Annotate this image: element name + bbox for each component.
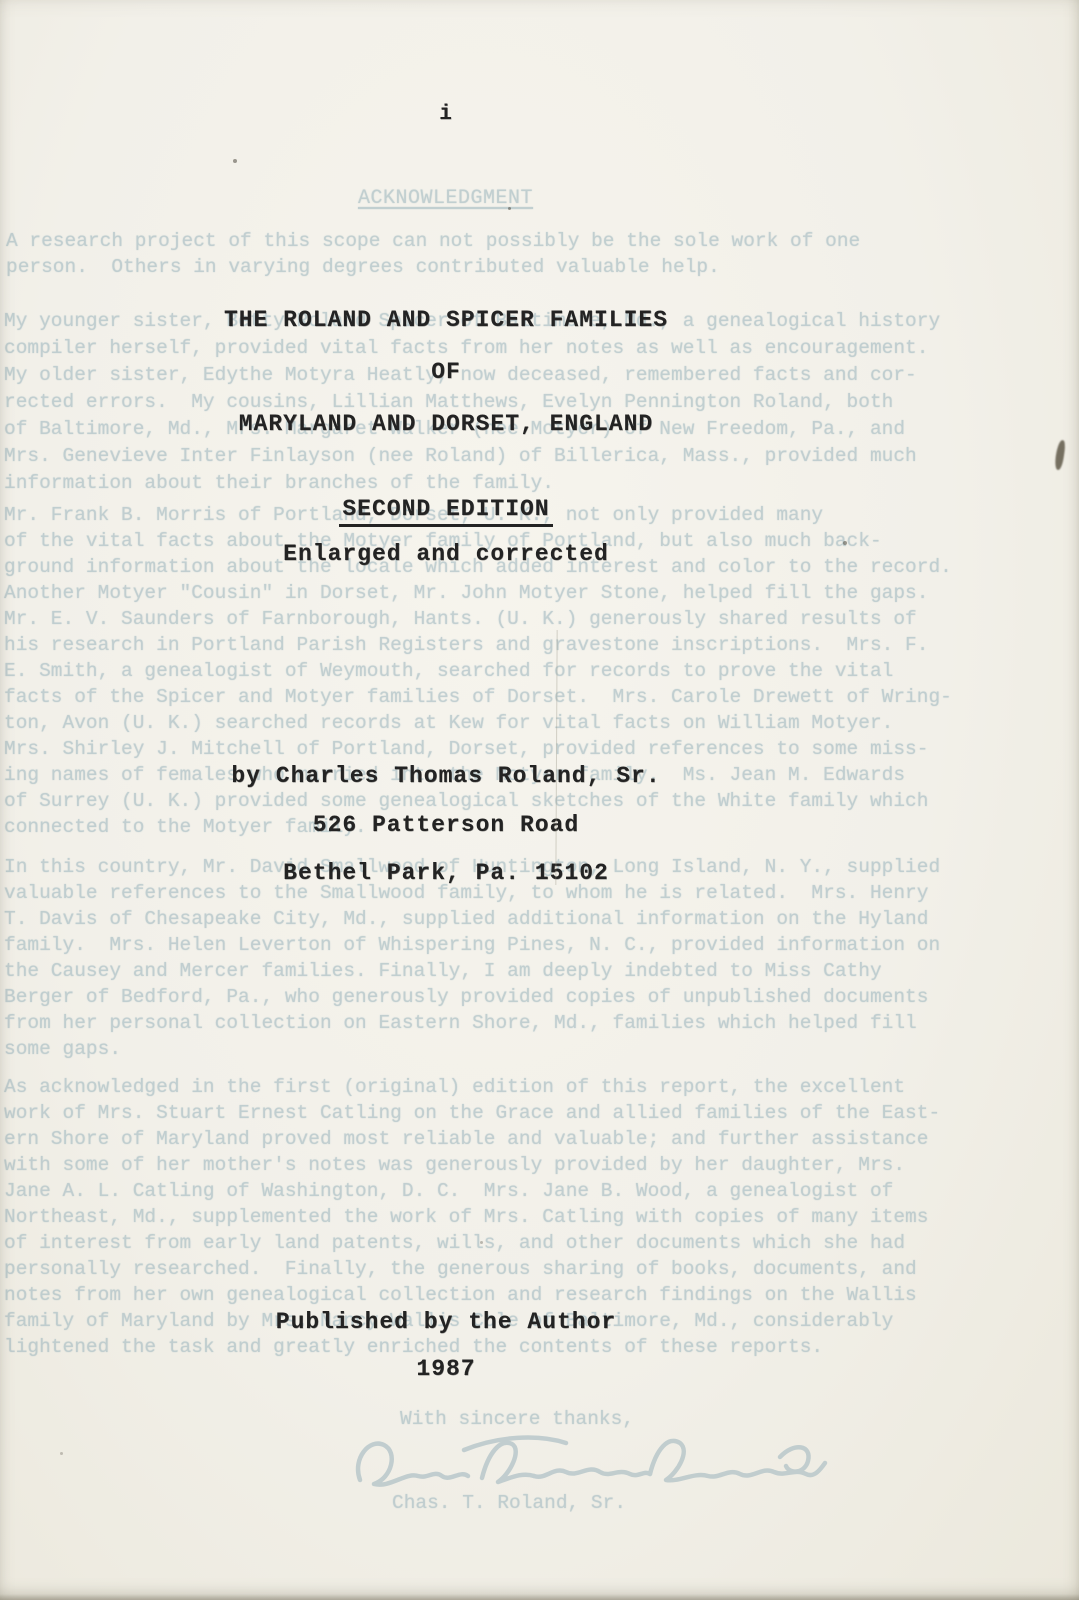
scanned-title-page: ACKNOWLEDGMENT A research project of thi… — [0, 0, 1079, 1600]
book-title-line-2: OF — [0, 359, 892, 385]
book-title-line-3: MARYLAND AND DORSET, ENGLAND — [0, 411, 892, 437]
author-byline: by Charles Thomas Roland, Sr. — [0, 763, 892, 789]
address-line-2: Bethel Park, Pa. 15102 — [0, 860, 892, 886]
page-number: i — [0, 103, 892, 126]
publication-year: 1987 — [0, 1356, 892, 1382]
book-title-line-1: THE ROLAND AND SPICER FAMILIES — [0, 307, 892, 333]
address-line-1: 526 Patterson Road — [0, 812, 892, 838]
typed-ink-layer: i THE ROLAND AND SPICER FAMILIES OF MARY… — [0, 0, 892, 1600]
dust-speck — [233, 159, 237, 163]
dust-speck — [843, 541, 847, 545]
edition-subtitle: Enlarged and corrected — [0, 541, 892, 567]
publisher-line: Published by the Author — [0, 1309, 892, 1335]
edition-heading: SECOND EDITION — [0, 496, 892, 527]
page-bottom-edge — [0, 1594, 1079, 1600]
dust-speck — [480, 1241, 483, 1244]
dust-speck — [508, 207, 511, 210]
dust-speck — [60, 1452, 63, 1455]
